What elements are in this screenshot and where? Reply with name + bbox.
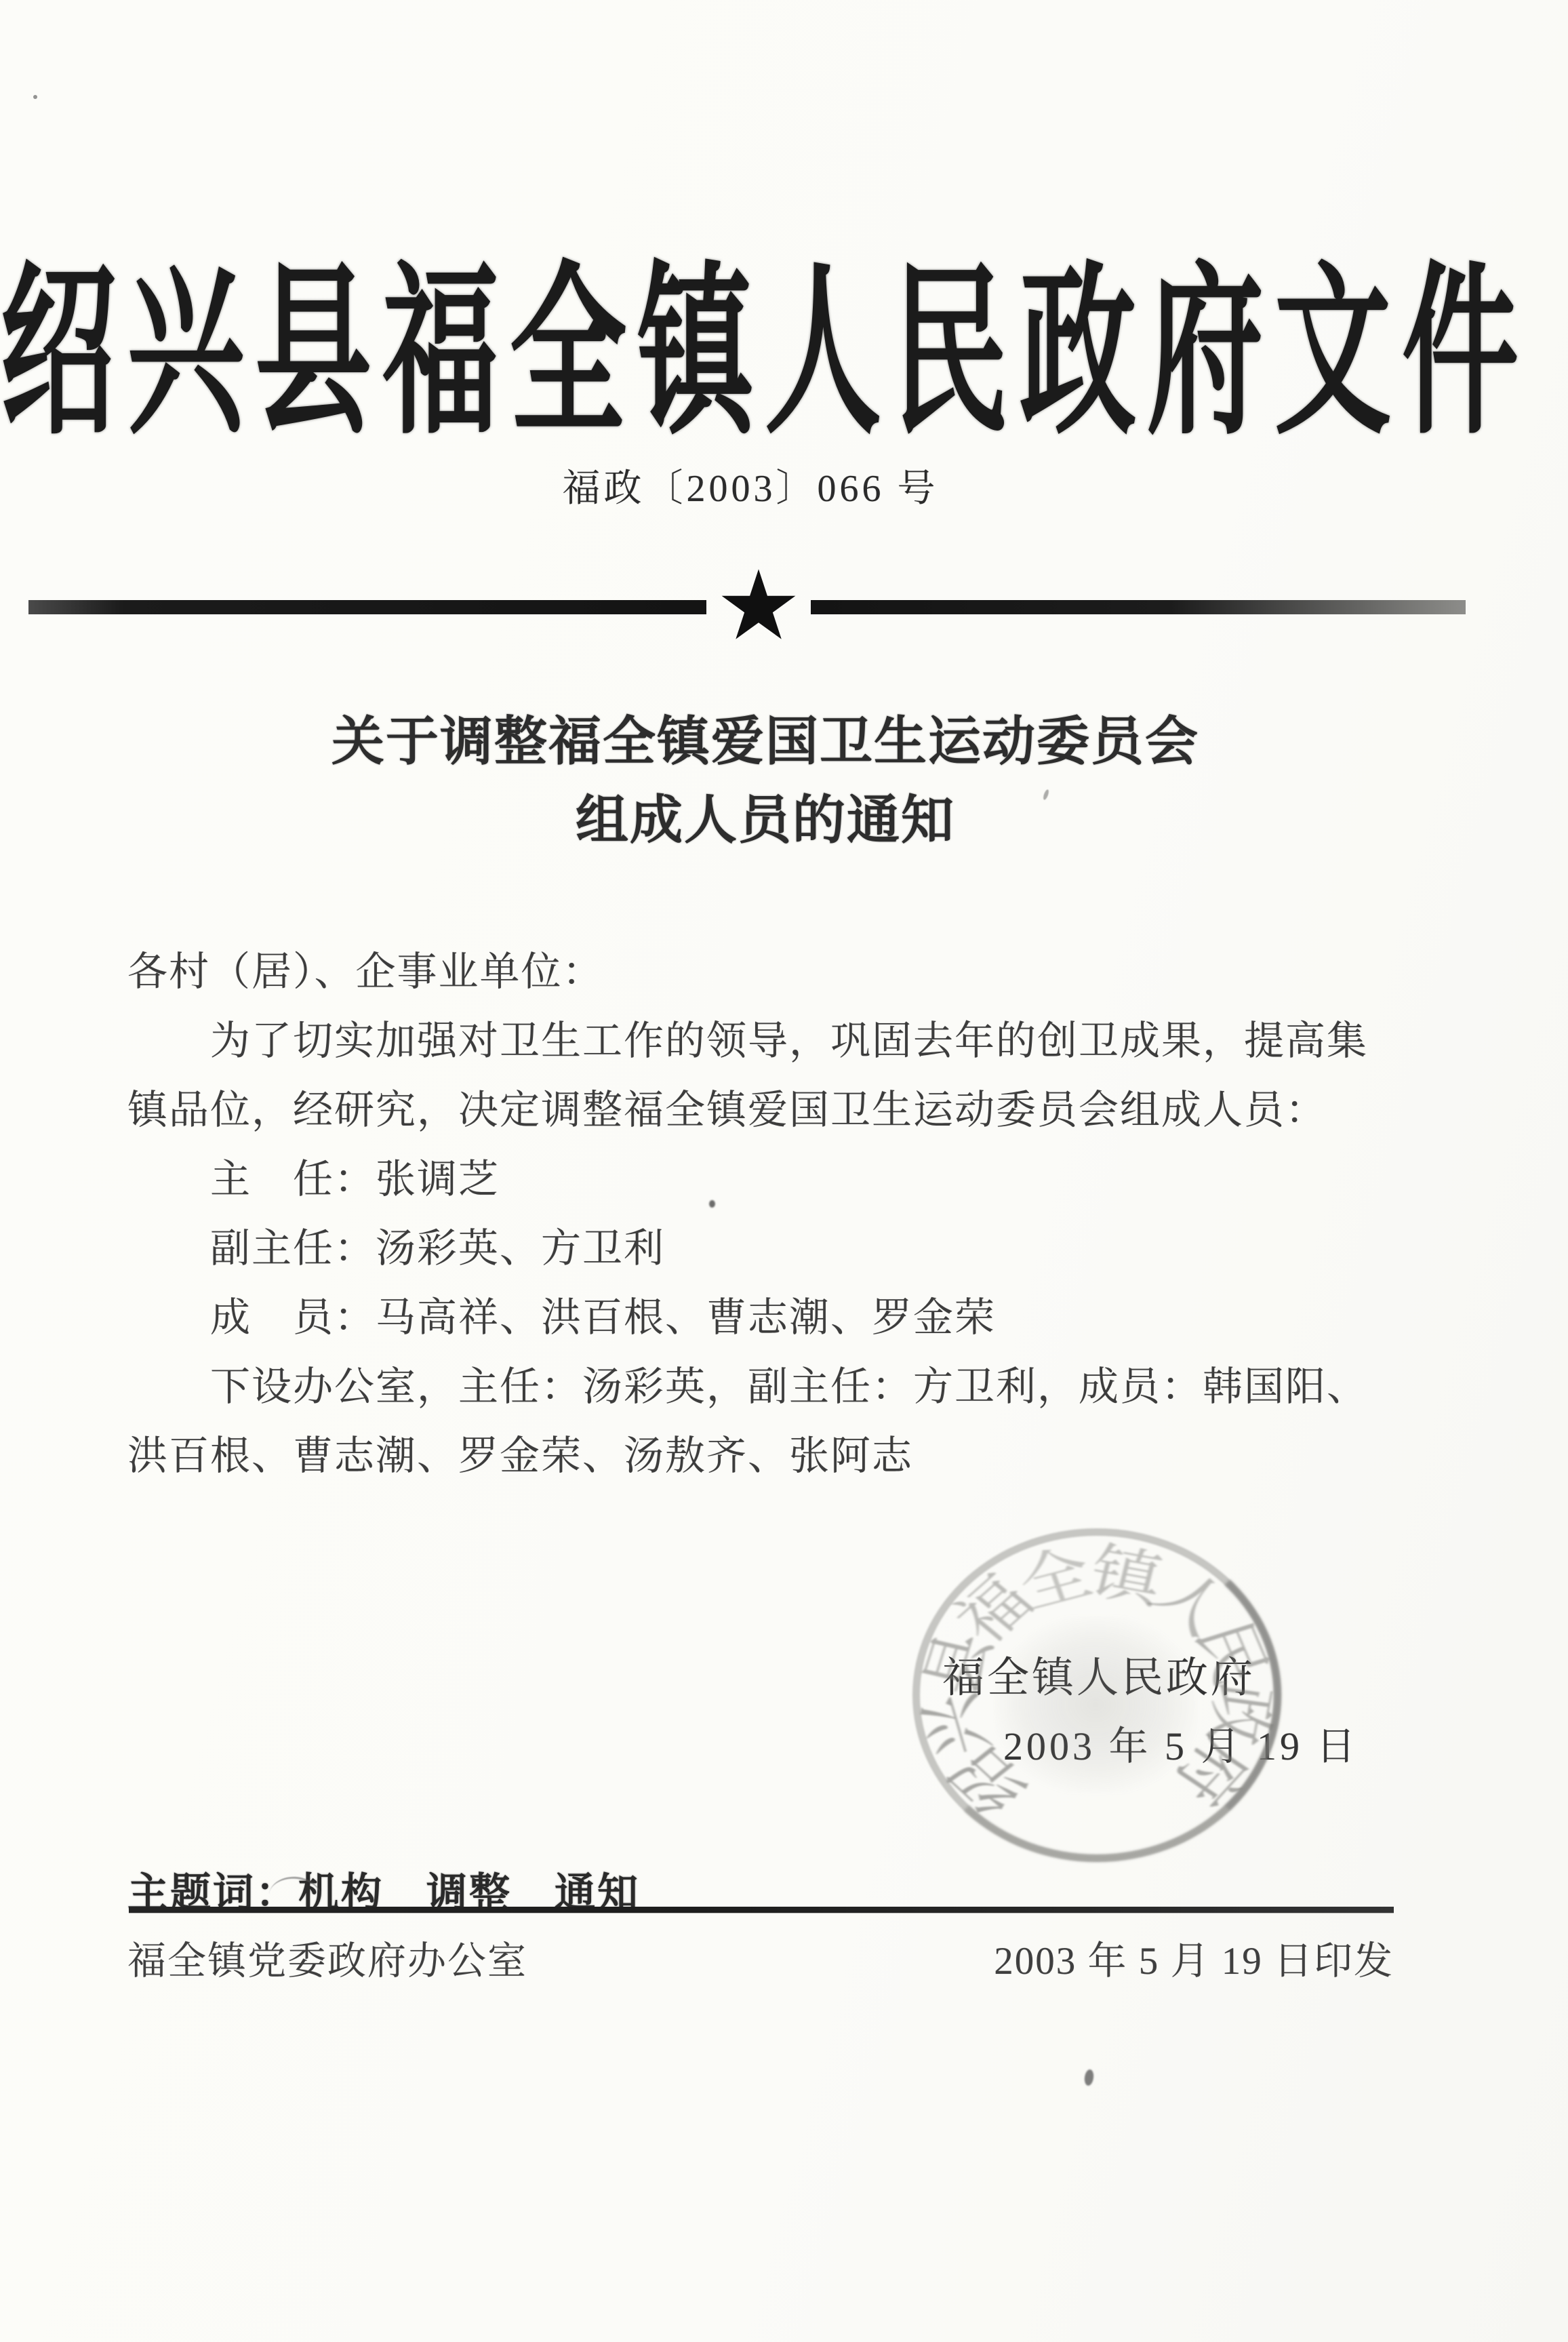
ink-speck xyxy=(1083,2069,1094,2086)
separator-rule-left xyxy=(28,600,706,614)
document-title: 关于调整福全镇爱国卫生运动委员会 组成人员的通知 xyxy=(0,702,1531,860)
body-line-director: 主 任：张调芝 xyxy=(127,1145,1470,1214)
body-line-deputy: 副主任：汤彩英、方卫利 xyxy=(127,1214,1470,1283)
separator-rule-right xyxy=(811,600,1466,614)
body-line-paragraph-1: 为了切实加强对卫生工作的领导，巩固去年的创卫成果，提高集 xyxy=(127,1006,1470,1075)
body-line-members: 成 员：马高祥、洪百根、曹志潮、罗金荣 xyxy=(127,1283,1470,1352)
body-line-paragraph-2: 镇品位，经研究，决定调整福全镇爱国卫生运动委员会组成人员： xyxy=(127,1075,1470,1145)
footer-row: 福全镇党委政府办公室 2003 年 5 月 19 日印发 xyxy=(127,1930,1394,1985)
scanned-document-page: { "document": { "org_title": "绍兴县福全镇人民政府… xyxy=(0,0,1568,2342)
official-seal: 绍 兴 县 福 全 镇 人 民 政 府 xyxy=(912,1528,1281,1862)
document-number: 福政〔2003〕066 号 xyxy=(0,458,1501,513)
ink-speck xyxy=(33,95,37,99)
ink-speck xyxy=(709,1200,715,1208)
body-line-office-2: 洪百根、曹志潮、罗金荣、汤敖齐、张阿志 xyxy=(127,1421,1470,1490)
body-line-office-1: 下设办公室，主任：汤彩英，副主任：方卫利，成员：韩国阳、 xyxy=(127,1352,1470,1421)
document-body: 各村（居）、企事业单位： 为了切实加强对卫生工作的领导，巩固去年的创卫成果，提高… xyxy=(127,937,1470,1490)
letterhead-org-title: 绍兴县福全镇人民政府文件 xyxy=(0,205,1528,469)
print-date: 2003 年 5 月 19 日印发 xyxy=(994,1930,1394,1985)
body-line-salutation: 各村（居）、企事业单位： xyxy=(127,937,1470,1006)
star-icon: ★ xyxy=(704,545,813,667)
document-page: 绍兴县福全镇人民政府文件 福政〔2003〕066 号 ★ 关于调整福全镇爱国卫生… xyxy=(0,0,1568,2342)
document-title-line2: 组成人员的通知 xyxy=(0,781,1531,860)
footer-rule xyxy=(129,1907,1394,1913)
issuing-office: 福全镇党委政府办公室 xyxy=(127,1930,527,1985)
document-title-line1: 关于调整福全镇爱国卫生运动委员会 xyxy=(0,702,1531,781)
